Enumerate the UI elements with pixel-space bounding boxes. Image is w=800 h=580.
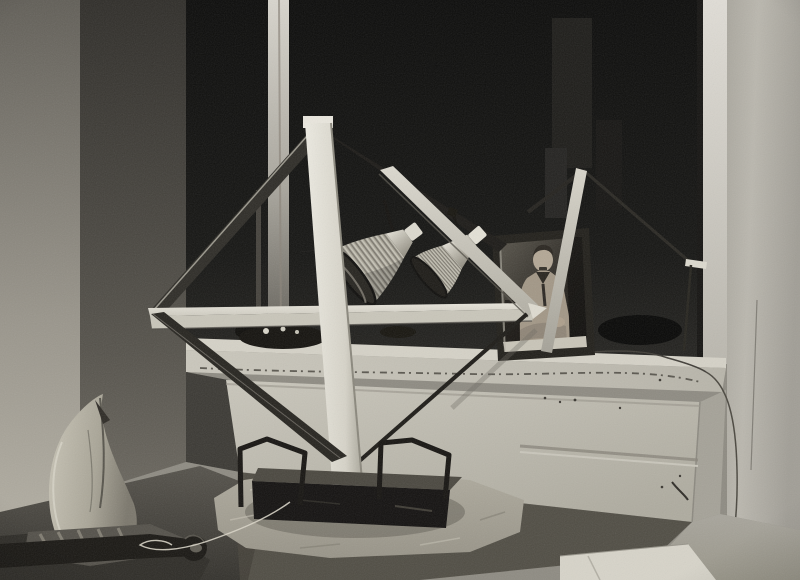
film-grain-overlay [0, 0, 800, 580]
photograph-sculpture-room [0, 0, 800, 580]
photo-canvas [0, 0, 800, 580]
